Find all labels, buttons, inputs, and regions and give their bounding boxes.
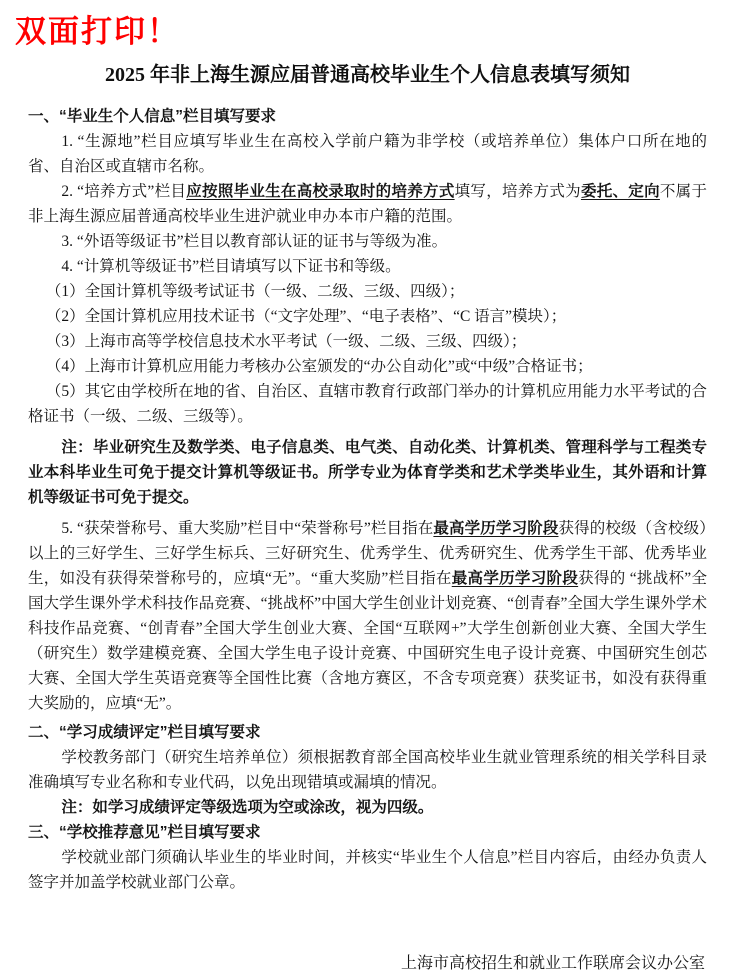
cert-list-item-4: （4）上海市计算机应用能力考核办公室颁发的“办公自动化”或“中级”合格证书； (28, 354, 707, 379)
item-honors-awards: 5. “获荣誉称号、重大奖励”栏目中“荣誉称号”栏目指在最高学历学习阶段获得的校… (28, 516, 707, 716)
emphasis-underline: 最高学历学习阶段 (452, 570, 578, 587)
text-run: 获得的 “挑战杯”全国大学生课外学术科技作品竞赛、“挑战杯”中国大学生创业计划竞… (28, 570, 707, 712)
cert-list-item-1: （1）全国计算机等级考试证书（一级、二级、三级、四级）； (28, 279, 707, 304)
text-run: 5. “获荣誉称号、重大奖励”栏目中“荣誉称号”栏目指在 (61, 520, 433, 537)
emphasis-underline: 应按照毕业生在高校录取时的培养方式 (186, 183, 454, 200)
section-three-heading: 三、“学校推荐意见”栏目填写要求 (28, 820, 707, 845)
document-title: 2025 年非上海生源应届普通高校毕业生个人信息表填写须知 (28, 62, 707, 88)
cert-list-item-5: （5）其它由学校所在地的省、自治区、直辖市教育行政部门举办的计算机应用能力水平考… (28, 379, 707, 429)
section-two-note: 注：如学习成绩评定等级选项为空或涂改，视为四级。 (28, 795, 707, 820)
section-two-paragraph: 学校教务部门（研究生培养单位）须根据教育部全国高校毕业生就业管理系统的相关学科目… (28, 745, 707, 795)
emphasis-underline: 最高学历学习阶段 (433, 520, 558, 537)
item-foreign-language-cert: 3. “外语等级证书”栏目以教育部认证的证书与等级为准。 (28, 229, 707, 254)
item-origin-place: 1. “生源地”栏目应填写毕业生在高校入学前户籍为非学校（或培养单位）集体户口所… (28, 129, 707, 179)
document-page: 双面打印！ 2025 年非上海生源应届普通高校毕业生个人信息表填写须知 一、“毕… (0, 0, 735, 979)
cert-list-item-2: （2）全国计算机应用技术证书（“文字处理”、“电子表格”、“C 语言”模块）； (28, 304, 707, 329)
section-one-heading: 一、“毕业生个人信息”栏目填写要求 (28, 104, 707, 129)
document-body: 一、“毕业生个人信息”栏目填写要求 1. “生源地”栏目应填写毕业生在高校入学前… (28, 104, 707, 895)
emphasis-underline: 委托、定向 (581, 183, 660, 200)
section-three-paragraph: 学校就业部门须确认毕业生的毕业时间，并核实“毕业生个人信息”栏目内容后，由经办负… (28, 845, 707, 895)
issuing-office-signature: 上海市高校招生和就业工作联席会议办公室 (28, 951, 705, 976)
item-training-mode: 2. “培养方式”栏目应按照毕业生在高校录取时的培养方式填写，培养方式为委托、定… (28, 179, 707, 229)
text-run: 填写，培养方式为 (455, 183, 581, 200)
item-computer-cert: 4. “计算机等级证书”栏目请填写以下证书和等级。 (28, 254, 707, 279)
text-run: 2. “培养方式”栏目 (61, 183, 186, 200)
print-notice: 双面打印！ (15, 13, 735, 50)
section-two-heading: 二、“学习成绩评定”栏目填写要求 (28, 720, 707, 745)
cert-list-item-3: （3）上海市高等学校信息技术水平考试（一级、二级、三级、四级）； (28, 329, 707, 354)
section-one-note: 注：毕业研究生及数学类、电子信息类、电气类、自动化类、计算机类、管理科学与工程类… (28, 435, 707, 510)
